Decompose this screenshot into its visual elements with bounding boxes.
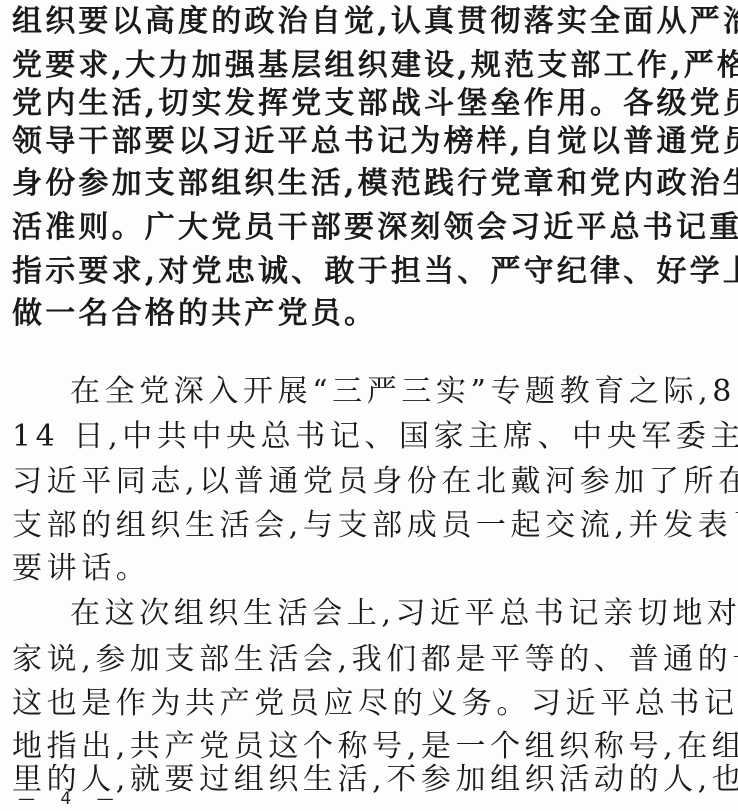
page-number: — 4 — xyxy=(18,788,124,810)
document-page: 组织要以高度的政治自觉,认真贯彻落实全面从严治 党要求,大力加强基层组织建设,规… xyxy=(0,0,738,811)
text-line: 支部的组织生活会,与支部成员一起交流,并发表了重 xyxy=(12,506,730,546)
text-line: 组织要以高度的政治自觉,认真贯彻落实全面从严治 xyxy=(12,2,730,42)
text-line: 身份参加支部组织生活,模范践行党章和党内政治生 xyxy=(12,164,730,204)
text-line: 习近平同志,以普通党员身份在北戴河参加了所在党 xyxy=(12,462,730,502)
text-line: 14 日,中共中央总书记、国家主席、中央军委主席 xyxy=(12,417,730,457)
text-line: 要讲话。 xyxy=(12,549,730,589)
text-line: 党要求,大力加强基层组织建设,规范支部工作,严格 xyxy=(12,46,730,86)
text-line: 在这次组织生活会上,习近平总书记亲切地对大 xyxy=(70,594,730,634)
text-line: 领导干部要以习近平总书记为榜样,自觉以普通党员 xyxy=(12,122,730,162)
text-line: 做一名合格的共产党员。 xyxy=(12,294,730,334)
text-line: 党内生活,切实发挥党支部战斗堡垒作用。各级党员 xyxy=(12,84,730,124)
text-line: 这也是作为共产党员应尽的义务。习近平总书记郑重 xyxy=(12,684,730,724)
text-line: 活准则。广大党员干部要深刻领会习近平总书记重要 xyxy=(12,208,730,248)
text-line: 家说,参加支部生活会,我们都是平等的、普通的一员, xyxy=(12,640,730,680)
text-line: 在全党深入开展“三严三实”专题教育之际,8 月 xyxy=(70,372,730,412)
text-line: 指示要求,对党忠诚、敢于担当、严守纪律、好学上进, xyxy=(12,252,730,292)
